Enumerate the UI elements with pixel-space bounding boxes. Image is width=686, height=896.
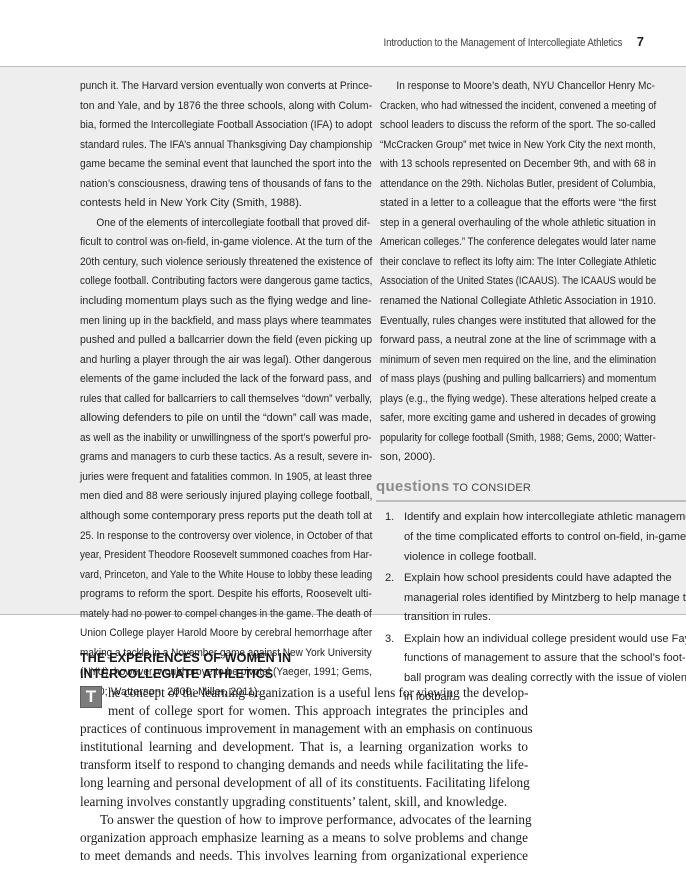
text-line: mately had no power to compel changes in… xyxy=(80,605,339,625)
paragraph: To answer the question of how to improve… xyxy=(80,811,528,865)
text-line: renamed the National Collegiate Athletic… xyxy=(380,292,635,312)
question-text: Identify and explain how intercollegiate… xyxy=(404,508,686,567)
question-item: 1. Identify and explain how intercollegi… xyxy=(380,508,656,567)
text-line: he concept of the learning organization … xyxy=(108,684,528,702)
text-line: allowing defenders to pile on until the … xyxy=(80,409,368,429)
text-line: grams and managers to curb these tactics… xyxy=(80,448,347,468)
text-line: pushed and pulled a ballcarrier down the… xyxy=(80,331,358,351)
text-line: game became the seminal event that launc… xyxy=(80,155,350,175)
text-line: learning involves constantly upgrading c… xyxy=(80,793,528,811)
case-right-column: In response to Moore’s death, NYU Chance… xyxy=(380,77,656,710)
question-number: 1. xyxy=(380,508,404,567)
text-line: nation’s consciousness, drawing tens of … xyxy=(80,175,349,195)
text-line: Identify and explain how intercollegiate… xyxy=(404,508,686,528)
question-item: 2. Explain how school presidents could h… xyxy=(380,569,656,628)
text-line: bia, formed the Intercollegiate Football… xyxy=(80,116,348,136)
text-line: punch it. The Harvard version eventually… xyxy=(80,77,349,97)
questions-to-consider-heading: questions TO CONSIDER xyxy=(376,477,686,503)
text-line: with 13 schools represented on December … xyxy=(380,155,633,175)
drop-cap: T xyxy=(80,686,102,708)
text-line: 25. In response to the controversy over … xyxy=(80,527,341,547)
text-line: rules that called for ballcarriers to ca… xyxy=(80,390,344,410)
text-line: juries were frequent and fatalities comm… xyxy=(80,468,345,488)
text-line: organization approach emphasize learning… xyxy=(80,829,528,847)
text-line: elements of the game included the lack o… xyxy=(80,370,351,390)
text-line: men died and 88 were seriously injured p… xyxy=(80,487,354,507)
text-line: stated in a letter to a colleague that t… xyxy=(380,194,638,214)
case-study-box: punch it. The Harvard version eventually… xyxy=(0,66,686,615)
text-line: transition in rules. xyxy=(404,608,686,628)
text-line: although some contemporary press reports… xyxy=(80,507,356,527)
text-line: their conclave to reflect its lofty aim:… xyxy=(380,253,623,273)
text-line: forward pass, a neutral zone at the line… xyxy=(380,331,640,351)
section-heading-line: THE EXPERIENCES OF WOMEN IN xyxy=(80,650,291,666)
text-line: programs to reform the sport. Despite hi… xyxy=(80,585,353,605)
section-body: T he concept of the learning organizatio… xyxy=(80,684,528,865)
text-line: Association of the United States (ICAAUS… xyxy=(380,272,614,292)
questions-list: 1. Identify and explain how intercollegi… xyxy=(380,508,656,707)
text-line: ficult to control was on-field, in-game … xyxy=(80,233,354,253)
text-line: long learning and personal development o… xyxy=(80,774,528,792)
text-line: 20th century, such violence seriously th… xyxy=(80,253,349,273)
text-line: “McCracken Group” met twice in New York … xyxy=(380,136,625,156)
question-text: Explain how school presidents could have… xyxy=(404,569,686,628)
text-line: popularity for college football (Smith, … xyxy=(380,429,621,449)
text-line: men lining up in the backfield, and mass… xyxy=(80,312,348,332)
text-line: Cracken, who had witnessed the incident,… xyxy=(380,97,618,117)
text-line: as well as the inability or unwillingnes… xyxy=(80,429,343,449)
text-line: plays (e.g., the flying wedge). These al… xyxy=(380,390,624,410)
text-line: ment of college sport for women. This ap… xyxy=(108,702,528,720)
text-line: Eventually, rules changes were institute… xyxy=(380,312,636,332)
text-line: vard, Princeton, and Yale to the White H… xyxy=(80,566,337,586)
text-line: of the time complicated efforts to contr… xyxy=(404,528,686,548)
text-line: school leaders to discuss the reform of … xyxy=(380,116,626,136)
text-line: son, 2000). xyxy=(380,448,656,468)
page-number: 7 xyxy=(637,34,644,49)
text-line: One of the elements of intercollegiate f… xyxy=(80,214,347,234)
text-line: Union College player Harold Moore by cer… xyxy=(80,624,347,644)
section-heading-line: INTERCOLLEGIATE ATHLETICS xyxy=(80,666,291,682)
text-line: Explain how an individual college presid… xyxy=(404,630,686,650)
running-head-title: Introduction to the Management of Interc… xyxy=(384,37,623,49)
text-line: college football. Contributing factors w… xyxy=(80,272,341,292)
questions-heading-rest: TO CONSIDER xyxy=(453,482,531,494)
text-line: of mass plays (pushing and pulling ballc… xyxy=(380,370,625,390)
text-line: violence in college football. xyxy=(404,548,686,568)
paragraph: T he concept of the learning organizatio… xyxy=(80,684,528,811)
text-line: practices of continuous improvement in m… xyxy=(80,720,528,738)
text-line: To answer the question of how to improve… xyxy=(80,811,528,829)
text-line: Explain how school presidents could have… xyxy=(404,569,686,589)
text-line: minimum of seven men required on the lin… xyxy=(380,351,624,371)
text-line: functions of management to assure that t… xyxy=(404,649,686,669)
text-line: and hurling a player through the air was… xyxy=(80,351,351,371)
text-line: standard rules. The IFA’s annual Thanksg… xyxy=(80,136,346,156)
text-line: ton and Yale, and by 1876 the three scho… xyxy=(80,97,354,117)
text-line: safer, more exciting game and ushered in… xyxy=(380,409,631,429)
text-line: In response to Moore’s death, NYU Chance… xyxy=(380,77,632,97)
text-line: to meet demands and needs. This involves… xyxy=(80,847,528,865)
case-left-column: punch it. The Harvard version eventually… xyxy=(80,77,372,703)
text-line: attendance on the 29th. Nicholas Butler,… xyxy=(380,175,625,195)
text-line: year, President Theodore Roosevelt summo… xyxy=(80,546,339,566)
question-number: 2. xyxy=(380,569,404,628)
text-line: institutional learning and development. … xyxy=(80,738,528,756)
text-line: including momentum plays such as the fly… xyxy=(80,292,362,312)
questions-heading-strong: questions xyxy=(376,478,450,495)
text-line: step in a general overhauling of the who… xyxy=(380,214,634,234)
section-heading: THE EXPERIENCES OF WOMEN IN INTERCOLLEGI… xyxy=(80,650,291,682)
text-line: managerial roles identified by Mintzberg… xyxy=(404,589,686,609)
text-line: American colleges.” The conference deleg… xyxy=(380,233,621,253)
text-line: transform itself to respond to changing … xyxy=(80,756,528,774)
text-line: contests held in New York City (Smith, 1… xyxy=(80,194,372,214)
running-head: Introduction to the Management of Interc… xyxy=(351,34,644,49)
